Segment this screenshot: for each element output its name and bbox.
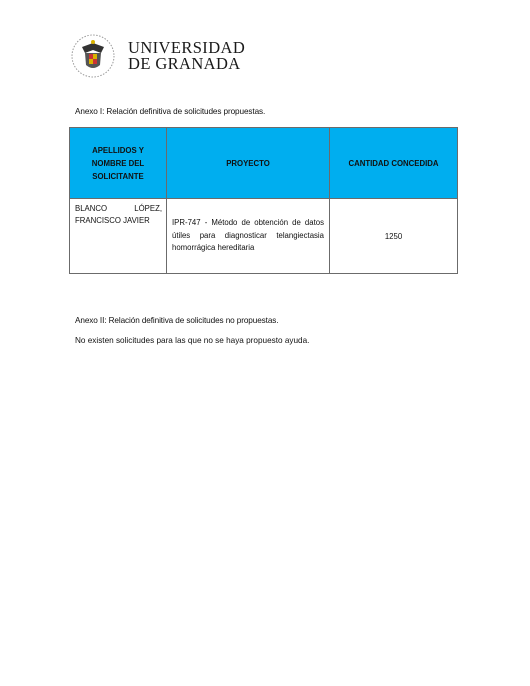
column-header-amount: CANTIDAD CONCEDIDA — [330, 128, 458, 199]
annex1-title: Anexo I: Relación definitiva de solicitu… — [75, 107, 265, 116]
table-header-row: APELLIDOS Y NOMBRE DEL SOLICITANTE PROYE… — [70, 128, 458, 199]
table-row: BLANCO LÓPEZ, FRANCISCO JAVIER IPR-747 -… — [70, 199, 458, 274]
amount-cell: 1250 — [330, 199, 458, 274]
proposed-applications-table: APELLIDOS Y NOMBRE DEL SOLICITANTE PROYE… — [69, 127, 458, 274]
annex2-text: No existen solicitudes para las que no s… — [75, 336, 309, 345]
column-header-project: PROYECTO — [167, 128, 330, 199]
annex2-title: Anexo II: Relación definitiva de solicit… — [75, 316, 278, 325]
university-logo: UNIVERSIDAD DE GRANADA — [70, 33, 245, 79]
applicant-name-cell: BLANCO LÓPEZ, FRANCISCO JAVIER — [70, 199, 167, 274]
university-name-line2: DE GRANADA — [128, 56, 245, 72]
university-crest-icon — [70, 33, 116, 79]
project-cell: IPR-747 - Método de obtención de datos ú… — [167, 199, 330, 274]
column-header-applicant: APELLIDOS Y NOMBRE DEL SOLICITANTE — [70, 128, 167, 199]
